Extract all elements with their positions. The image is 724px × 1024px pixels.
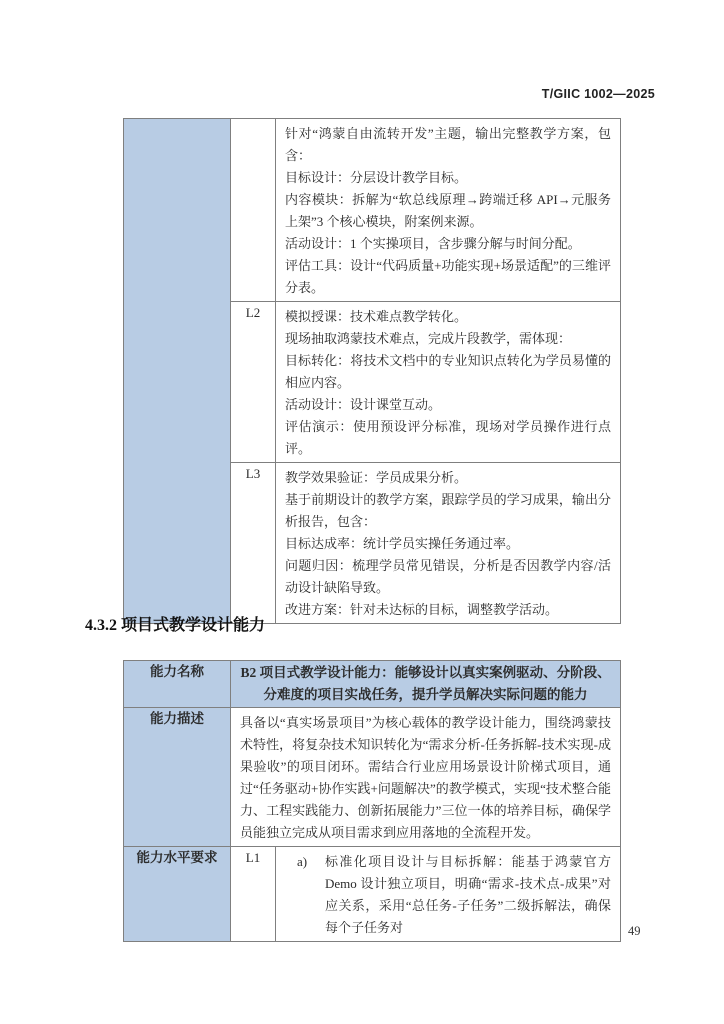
document-page: T/GIIC 1002—2025 针对“鸿蒙自由流转开发”主题，输出完整教学方案… — [0, 0, 724, 1024]
requirement-paragraph: 目标达成率：统计学员实操任务通过率。 — [285, 533, 611, 555]
table-row: 能力名称 B2 项目式教学设计能力：能够设计以真实案例驱动、分阶段、分难度的项目… — [124, 661, 621, 708]
description-paragraph: 具备以“真实场景项目”为核心载体的教学设计能力，围绕鸿蒙技术特性，将复杂技术知识… — [240, 712, 611, 844]
level-requirement-cell: 教学效果验证：学员成果分析。 基于前期设计的教学方案，跟踪学员的学习成果，输出分… — [276, 463, 621, 624]
capability-definition-table: 能力名称 B2 项目式教学设计能力：能够设计以真实案例驱动、分阶段、分难度的项目… — [123, 660, 621, 942]
level-requirement-cell: 模拟授课：技术难点教学转化。 现场抽取鸿蒙技术难点，完成片段教学，需体现： 目标… — [276, 302, 621, 463]
requirement-paragraph: 目标转化：将技术文档中的专业知识点转化为学员易懂的相应内容。 — [285, 350, 611, 394]
document-header-standard-number: T/GIIC 1002—2025 — [0, 87, 655, 101]
requirement-paragraph: 针对“鸿蒙自由流转开发”主题，输出完整教学方案，包含： — [285, 123, 611, 167]
requirement-list-item: a) 标准化项目设计与目标拆解：能基于鸿蒙官方 Demo 设计独立项目，明确“需… — [285, 851, 611, 939]
requirement-paragraph: 活动设计：设计课堂互动。 — [285, 394, 611, 416]
list-item-marker: a) — [297, 851, 307, 873]
requirement-paragraph: 内容模块：拆解为“软总线原理→跨端迁移 API→元服务上架”3 个核心模块，附案… — [285, 189, 611, 233]
requirement-paragraph: 活动设计：1 个实操项目，含步骤分解与时间分配。 — [285, 233, 611, 255]
table-row: 能力水平要求 L1 a) 标准化项目设计与目标拆解：能基于鸿蒙官方 Demo 设… — [124, 847, 621, 942]
table-row: 能力描述 具备以“真实场景项目”为核心载体的教学设计能力，围绕鸿蒙技术特性，将复… — [124, 708, 621, 847]
table-row: 针对“鸿蒙自由流转开发”主题，输出完整教学方案，包含： 目标设计：分层设计教学目… — [124, 119, 621, 302]
level-cell-l3: L3 — [231, 463, 276, 624]
level-cell-l1: L1 — [231, 847, 276, 942]
requirement-paragraph: 教学效果验证：学员成果分析。 — [285, 467, 611, 489]
row-label-capability-level-requirements: 能力水平要求 — [124, 847, 231, 942]
requirement-paragraph: 问题归因：梳理学员常见错误，分析是否因教学内容/活动设计缺陷导致。 — [285, 555, 611, 599]
level-cell-blank — [231, 119, 276, 302]
requirement-paragraph: 评估演示：使用预设评分标准，现场对学员操作进行点评。 — [285, 416, 611, 460]
requirement-text: 标准化项目设计与目标拆解：能基于鸿蒙官方 Demo 设计独立项目，明确“需求-技… — [325, 854, 611, 935]
level-requirement-cell: a) 标准化项目设计与目标拆解：能基于鸿蒙官方 Demo 设计独立项目，明确“需… — [276, 847, 621, 942]
section-heading: 4.3.2 项目式教学设计能力 — [85, 612, 265, 635]
requirement-paragraph: 目标设计：分层设计教学目标。 — [285, 167, 611, 189]
requirement-paragraph: 现场抽取鸿蒙技术难点，完成片段教学，需体现： — [285, 328, 611, 350]
requirement-paragraph: 模拟授课：技术难点教学转化。 — [285, 306, 611, 328]
requirement-paragraph: 改进方案：针对未达标的目标，调整教学活动。 — [285, 599, 611, 621]
row-label-capability-description: 能力描述 — [124, 708, 231, 847]
merged-label-cell-blank — [124, 119, 231, 624]
row-label-capability-name: 能力名称 — [124, 661, 231, 708]
level-cell-l2: L2 — [231, 302, 276, 463]
requirement-paragraph: 基于前期设计的教学方案，跟踪学员的学习成果，输出分析报告，包含： — [285, 489, 611, 533]
level-requirement-cell: 针对“鸿蒙自由流转开发”主题，输出完整教学方案，包含： 目标设计：分层设计教学目… — [276, 119, 621, 302]
page-number: 49 — [628, 924, 641, 939]
capability-level-table-continued: 针对“鸿蒙自由流转开发”主题，输出完整教学方案，包含： 目标设计：分层设计教学目… — [123, 118, 621, 624]
capability-description-cell: 具备以“真实场景项目”为核心载体的教学设计能力，围绕鸿蒙技术特性，将复杂技术知识… — [231, 708, 621, 847]
capability-name-cell: B2 项目式教学设计能力：能够设计以真实案例驱动、分阶段、分难度的项目实战任务，… — [231, 661, 621, 708]
requirement-paragraph: 评估工具：设计“代码质量+功能实现+场景适配”的三维评分表。 — [285, 255, 611, 299]
